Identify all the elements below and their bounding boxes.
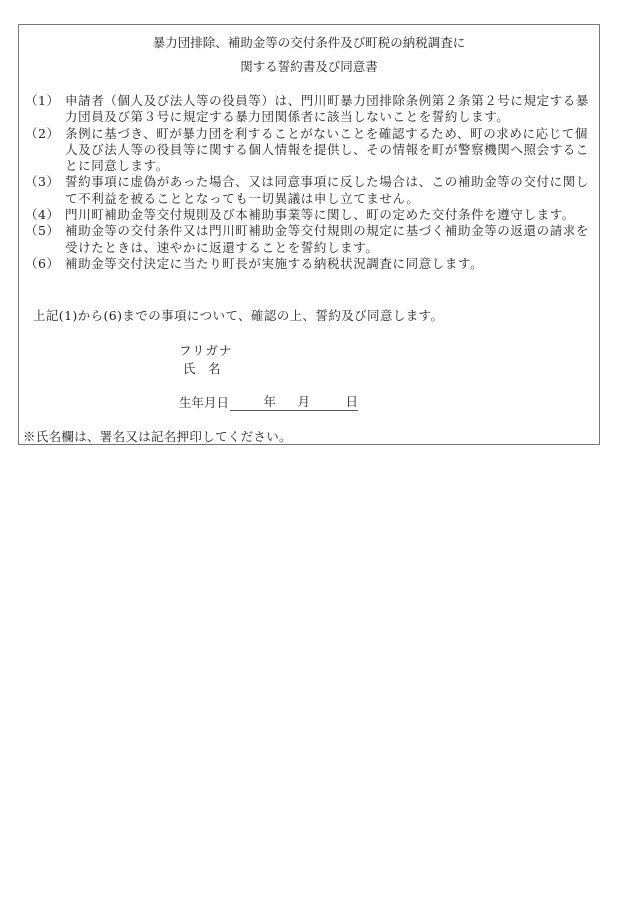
item-text: 補助金等の交付条件又は門川町補助金等交付規則の規定に基づく補助金等の返還の請求を… — [65, 223, 595, 256]
signature-note: ※氏名欄は、署名又は記名押印してください。 — [23, 429, 292, 445]
item-text: 条例に基づき、町が暴力団を利することがないことを確認するため、町の求めに応じて個… — [65, 126, 595, 175]
pledge-item-4: （4） 門川町補助金等交付規則及び本補助事業等に関し、町の定めた交付条件を遵守し… — [25, 207, 595, 223]
dob-year-label: 年 — [230, 394, 276, 410]
pledge-item-6: （6） 補助金等交付決定に当たり町長が実施する納税状況調査に同意します。 — [25, 256, 595, 272]
item-number: （1） — [25, 93, 65, 126]
pledge-consent-form: 暴力団排除、補助金等の交付条件及び町税の納税調査に 関する誓約書及び同意書 （1… — [18, 24, 600, 445]
pledge-item-1: （1） 申請者（個人及び法人等の役員等）は、門川町暴力団排除条例第２条第２号に規… — [25, 93, 595, 126]
pledge-item-3: （3） 誓約事項に虚偽があった場合、又は同意事項に反した場合は、この補助金等の交… — [25, 174, 595, 207]
item-text: 誓約事項に虚偽があった場合、又は同意事項に反した場合は、この補助金等の交付に関し… — [65, 174, 595, 207]
dob-input-field[interactable]: 年 月 日 — [230, 394, 358, 411]
form-title-line2: 関する誓約書及び同意書 — [19, 59, 599, 75]
pledge-item-5: （5） 補助金等の交付条件又は門川町補助金等交付規則の規定に基づく補助金等の返還… — [25, 223, 595, 256]
item-number: （2） — [25, 126, 65, 175]
item-number: （4） — [25, 207, 65, 223]
item-text: 門川町補助金等交付規則及び本補助事業等に関し、町の定めた交付条件を遵守します。 — [65, 207, 595, 223]
item-text: 申請者（個人及び法人等の役員等）は、門川町暴力団排除条例第２条第２号に規定する暴… — [65, 93, 595, 126]
dob-day-label: 日 — [310, 394, 358, 410]
dob-label: 生年月日 — [179, 395, 229, 411]
consent-summary: 上記(1)から(6)までの事項について、確認の上、誓約及び同意します。 — [33, 308, 443, 324]
date-of-birth-row: 生年月日 年 月 日 — [179, 394, 358, 411]
dob-month-label: 月 — [276, 394, 310, 410]
item-number: （5） — [25, 223, 65, 256]
pledge-item-2: （2） 条例に基づき、町が暴力団を利することがないことを確認するため、町の求めに… — [25, 126, 595, 175]
name-label: 氏 名 — [183, 361, 221, 377]
item-text: 補助金等交付決定に当たり町長が実施する納税状況調査に同意します。 — [65, 256, 595, 272]
furigana-label: フリガナ — [179, 343, 232, 359]
item-number: （3） — [25, 174, 65, 207]
form-title-line1: 暴力団排除、補助金等の交付条件及び町税の納税調査に — [19, 35, 599, 51]
pledge-items-list: （1） 申請者（個人及び法人等の役員等）は、門川町暴力団排除条例第２条第２号に規… — [25, 93, 595, 272]
item-number: （6） — [25, 256, 65, 272]
